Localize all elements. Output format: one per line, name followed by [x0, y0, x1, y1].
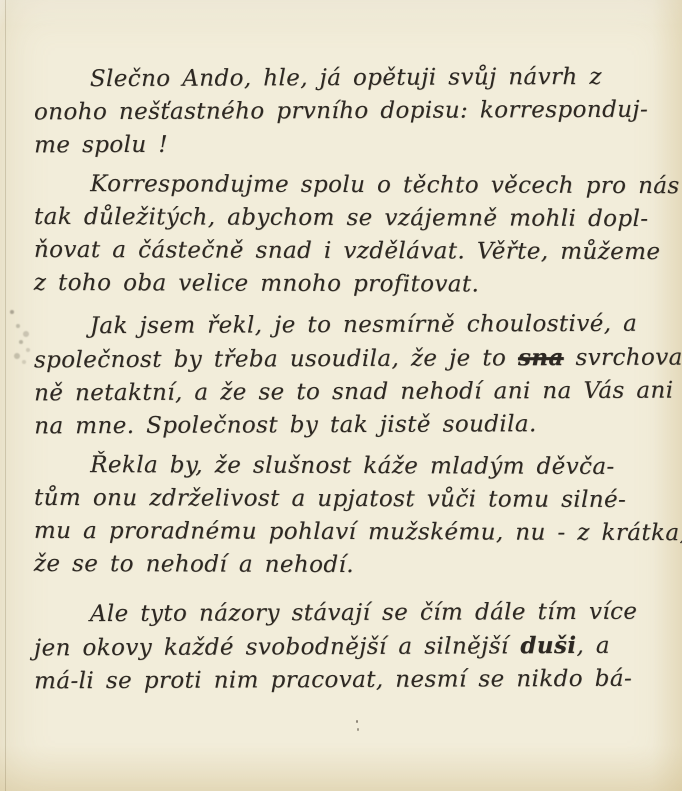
text-line: Řekla by, že slušnost káže mladým děvča-	[34, 449, 662, 484]
paragraph-2: Korrespondujme spolu o těchto věcech pro…	[34, 168, 662, 302]
text-line: na mne. Společnost by tak jistě soudila.	[34, 408, 662, 444]
paragraph-4: Řekla by, že slušnost káže mladým děvča-…	[34, 449, 662, 583]
paragraph-1: Slečno Ando, hle, já opětuji svůj návrh …	[34, 61, 662, 163]
text-line: ně netaktní, a že se to snad nehodí ani …	[34, 375, 662, 411]
text-line: Slečno Ando, hle, já opětuji svůj návrh …	[34, 61, 662, 97]
text-line: společnost by třeba usoudila, že je to s…	[34, 341, 662, 378]
letter-page: Slečno Ando, hle, já opětuji svůj návrh …	[0, 0, 682, 791]
text-line: onoho nešťastného prvního dopisu: korres…	[34, 94, 662, 130]
text-line: z toho oba velice mnoho profitovat.	[34, 267, 662, 302]
text-line: tům onu zdrželivost a upjatost vůči tomu…	[34, 482, 662, 517]
text-line: mu a proradnému pohlaví mužskému, nu - z…	[34, 515, 662, 550]
text-line: Ale tyto názory stávají se čím dále tím …	[34, 596, 662, 632]
line-segment: , a	[576, 633, 610, 659]
paper-edge	[5, 0, 6, 791]
line-segment: jen okovy každé svobodnější a silnější	[34, 633, 520, 661]
text-line: že se to nehodí a nehodí.	[34, 548, 662, 583]
emphasized-word: duši	[520, 632, 576, 659]
ink-smudge	[10, 310, 14, 314]
letter-body: Slečno Ando, hle, já opětuji svůj návrh …	[34, 62, 662, 705]
line-segment: společnost by třeba usoudila, že je to	[34, 345, 518, 373]
crossed-out-word: sna	[518, 344, 564, 371]
text-line: má-li se proti nim pracovat, nesmí se ni…	[34, 663, 662, 699]
text-line: Korrespondujme spolu o těchto věcech pro…	[34, 168, 662, 203]
paragraph-5: Ale tyto názory stávají se čím dále tím …	[34, 596, 662, 699]
text-line: ňovat a částečně snad i vzdělávat. Věřte…	[34, 234, 662, 269]
text-line: tak důležitých, abychom se vzájemně mohl…	[34, 201, 662, 236]
text-line: jen okovy každé svobodnější a silnější d…	[34, 629, 662, 666]
paragraph-3: Jak jsem řekl, je to nesmírně choulostiv…	[34, 308, 663, 444]
text-line: Jak jsem řekl, je to nesmírně choulostiv…	[34, 308, 662, 344]
line-segment: svrchova-	[564, 345, 682, 372]
ink-speck	[356, 720, 358, 723]
text-line: me spolu !	[34, 127, 662, 163]
